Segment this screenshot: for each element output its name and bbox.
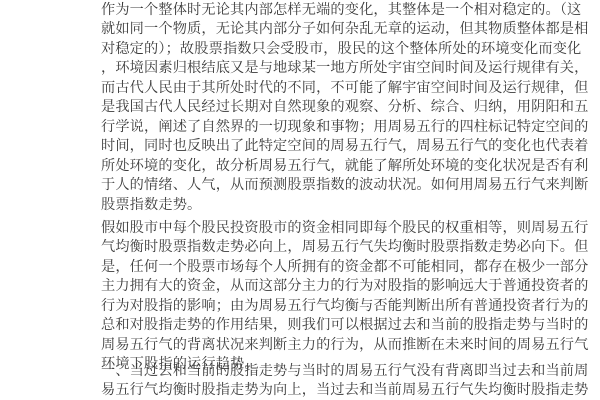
text-line: 行为对股指的影响；由为周易五行气均衡与否能判断出所有普通投资者行为的 — [101, 297, 588, 316]
text-line: 对稳定的）；故股票指数只会受股市，股民的这个整体所处的环境变化而变化 — [101, 40, 581, 59]
text-line: 是，任何一个股票市场每个人所拥有的资金都不可能相同，都存在极少一部分 — [101, 258, 588, 277]
text-line: 而古代人民由于其所处时代的不同，不可能了解宇宙空间时间及运行规律，但 — [101, 79, 588, 98]
text-line: 主力拥有大的资金，从而这部分主力的行为对股指的影响远大于普通投资者的 — [101, 277, 588, 296]
text-line: 行学说，阐述了自然界的一切现象和事物；用周易五行的四柱标记特定空间的 — [101, 118, 588, 137]
text-line: 是我国古代人民经过长期对自然现象的观察、分析、综合、归纳，用阴阳和五 — [101, 98, 588, 117]
text-line: 易五行气均衡时股指走势为向上，当过去和当前周易五行气失均衡时股指走势 — [101, 381, 588, 400]
text-line: 气均衡时股票指数走势必向上，周易五行气失均衡时股票指数走势必向下。但 — [101, 238, 588, 257]
text-line: 时间，同时也反映出了此特定空间的周易五行气，周易五行气的变化也代表着 — [101, 137, 588, 156]
text-line: 所处环境的变化，故分析周易五行气，就能了解所处环境的变化状况是否有利 — [101, 157, 588, 176]
text-line: 总和对股指走势的作用结果，则我们可以根据过去和当前的股指走势与当时的 — [101, 316, 588, 335]
text-line: 于人的情绪、人气，从而预测股票指数的波动状况。如何用周易五行气来判断 — [101, 176, 588, 195]
text-line: 假如股市中每个股民投资股市的资金相同即每个股民的权重相等，则周易五行 — [101, 219, 588, 238]
text-line: 一、当过去和当前的股指走势与当时的周易五行气没有背离即当过去和当前周 — [101, 362, 588, 381]
text-line: 作为一个整体时无论其内部怎样无端的变化，其整体是一个相对稳定的。（这 — [101, 1, 581, 20]
text-line: 股票指数走势。 — [101, 196, 201, 215]
text-line: 周易五行气的背离状况来判断主力的行为，从而推断在未来时间的周易五行气 — [101, 336, 588, 355]
text-line: ，环境因素归根结底又是与地球某一地方所处宇宙空间时间及运行规律有关， — [101, 59, 588, 78]
text-line: 就如同一个物质，无论其内部分子如何杂乱无章的运动，但其物质整体都是相 — [101, 20, 588, 39]
